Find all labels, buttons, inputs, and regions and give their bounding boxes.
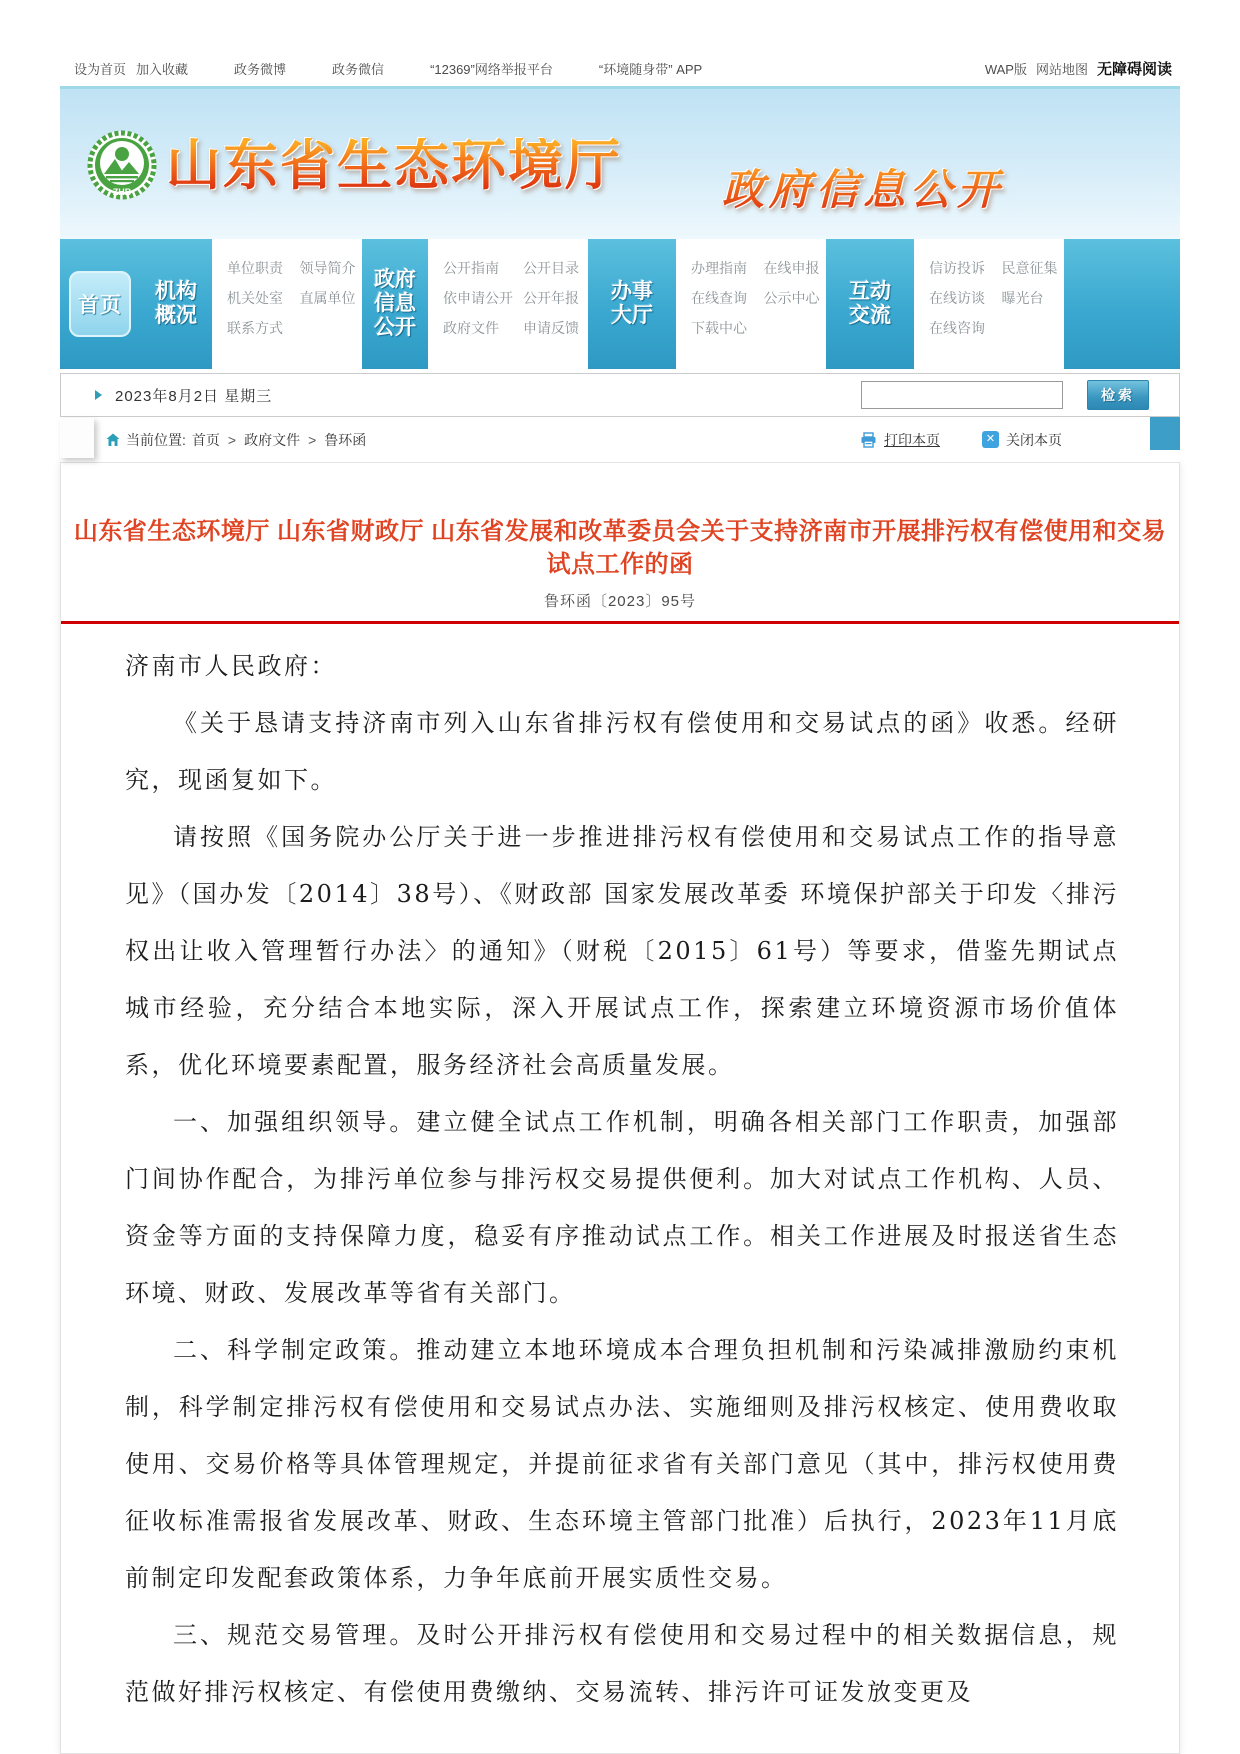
breadcrumb: 当前位置: 首页 > 政府文件 > 鲁环函 (106, 430, 366, 450)
decorative-tile (60, 418, 94, 458)
paragraph: 《关于恳请支持济南市列入山东省排污权有偿使用和交易试点的函》收悉。经研究，现函复… (125, 695, 1119, 809)
gov-weibo-link[interactable]: 政务微博 (234, 59, 286, 78)
nav-link-petition[interactable]: 信访投诉 (929, 253, 992, 283)
nav-group-info-disclosure-label: 政府信息公开 (372, 268, 417, 340)
search-input[interactable] (861, 381, 1063, 409)
print-page-label: 打印本页 (884, 430, 940, 450)
gov-wechat-link[interactable]: 政务微信 (332, 59, 384, 78)
paragraph: 一、加强组织领导。建立健全试点工作机制，明确各相关部门工作职责，加强部门间协作配… (125, 1094, 1119, 1322)
banner-title: 政府信息公开 (722, 157, 1004, 217)
nav-home-tile: 首页 (60, 239, 140, 369)
breadcrumb-bar: 当前位置: 首页 > 政府文件 > 鲁环函 打印本页 (60, 417, 1180, 462)
set-home-link[interactable]: 设为首页 (74, 59, 126, 78)
breadcrumb-separator: > (228, 432, 236, 448)
nav-group-interaction-label: 互动交流 (847, 280, 892, 328)
nav-link-service-guide[interactable]: 办理指南 (691, 253, 754, 283)
nav-panel-interaction: 信访投诉 在线访谈 在线咨询 民意征集 曝光台 (914, 239, 1064, 369)
paragraph-salutation: 济南市人民政府： (125, 638, 1119, 695)
nav-group-service-hall-label: 办事大厅 (609, 280, 654, 328)
content-wrapper: 设为首页 加入收藏 政务微博 政务微信 “12369”网络举报平台 “环境随身带… (60, 50, 1180, 1754)
nav-group-info-disclosure[interactable]: 政府信息公开 (362, 239, 428, 369)
nav-column: 单位职责 机关处室 联系方式 (227, 253, 290, 369)
topbar-left-links: 设为首页 加入收藏 政务微博 政务微信 “12369”网络举报平台 “环境随身带… (74, 59, 702, 78)
nav-link-download-center[interactable]: 下载中心 (691, 313, 754, 343)
nav-link-duties[interactable]: 单位职责 (227, 253, 290, 283)
nav-link-exposure[interactable]: 曝光台 (1002, 283, 1065, 313)
site-header: ZHB 山东省生态环境厅 政府信息公开 (60, 89, 1180, 239)
brand: ZHB 山东省生态环境厅 (60, 89, 1180, 201)
nav-column: 公开目录 公开年报 申请反馈 (523, 253, 588, 369)
wap-version-link[interactable]: WAP版 (985, 59, 1027, 78)
nav-column: 领导简介 直属单位 (300, 253, 363, 369)
nav-column: 信访投诉 在线访谈 在线咨询 (929, 253, 992, 369)
add-favorite-link[interactable]: 加入收藏 (136, 59, 188, 78)
nav-group-organization[interactable]: 机构概况 (140, 239, 212, 369)
nav-link-departments[interactable]: 机关处室 (227, 283, 290, 313)
nav-link-disclosure-by-request[interactable]: 依申请公开 (443, 283, 513, 313)
top-utility-bar: 设为首页 加入收藏 政务微博 政务微信 “12369”网络举报平台 “环境随身带… (60, 50, 1180, 86)
nav-group-service-hall[interactable]: 办事大厅 (588, 239, 676, 369)
paragraph: 二、科学制定政策。推动建立本地环境成本合理负担机制和污染减排激励约束机制，科学制… (125, 1322, 1119, 1607)
nav-link-online-declaration[interactable]: 在线申报 (764, 253, 827, 283)
printer-icon (860, 432, 877, 448)
breadcrumb-actions: 打印本页 ✕ 关闭本页 (860, 430, 1062, 450)
paragraph: 请按照《国务院办公厅关于进一步推进排污权有偿使用和交易试点工作的指导意见》（国办… (125, 809, 1119, 1094)
close-icon: ✕ (982, 431, 999, 448)
nav-link-leaders[interactable]: 领导简介 (300, 253, 363, 283)
nav-column: 公开指南 依申请公开 政府文件 (443, 253, 513, 369)
blue-corner-tile (1150, 417, 1180, 450)
home-favorite-pair: 设为首页 加入收藏 (74, 59, 188, 78)
document-title-line1: 山东省生态环境厅 山东省财政厅 山东省发展和改革委员会关于支持济南市开展排污权有… (65, 515, 1175, 548)
nav-link-subordinate-units[interactable]: 直属单位 (300, 283, 363, 313)
print-page-button[interactable]: 打印本页 (860, 430, 940, 450)
page: 设为首页 加入收藏 政务微博 政务微信 “12369”网络举报平台 “环境随身带… (0, 0, 1240, 1754)
accessibility-link[interactable]: 无障碍阅读 (1097, 58, 1172, 79)
arrow-right-icon (95, 390, 102, 400)
topbar-right-links: WAP版 网站地图 无障碍阅读 (985, 58, 1172, 79)
breadcrumb-separator: > (308, 432, 316, 448)
nav-panel-service-hall: 办理指南 在线查询 下载中心 在线申报 公示中心 (676, 239, 826, 369)
nav-column: 民意征集 曝光台 (1002, 253, 1065, 369)
breadcrumb-home-link[interactable]: 首页 (192, 430, 220, 450)
home-icon (106, 433, 120, 447)
site-title: 山东省生态环境厅 (166, 138, 622, 193)
date-search-bar: 2023年8月2日 星期三 检索 (60, 373, 1180, 417)
nav-group-interaction[interactable]: 互动交流 (826, 239, 914, 369)
document-title: 山东省生态环境厅 山东省财政厅 山东省发展和改革委员会关于支持济南市开展排污权有… (65, 515, 1175, 581)
breadcrumb-prefix: 当前位置: (126, 430, 186, 450)
site-logo[interactable]: ZHB (86, 129, 158, 201)
nav-home-button[interactable]: 首页 (69, 271, 131, 337)
nav-endcap (1064, 239, 1180, 369)
nav-link-disclosure-catalog[interactable]: 公开目录 (523, 253, 588, 283)
nav-group-organization-label: 机构概况 (153, 280, 198, 328)
nav-panel-info-disclosure: 公开指南 依申请公开 政府文件 公开目录 公开年报 申请反馈 (428, 239, 588, 369)
search-button[interactable]: 检索 (1087, 380, 1149, 410)
nav-link-gov-documents[interactable]: 政府文件 (443, 313, 513, 343)
breadcrumb-current: 鲁环函 (324, 430, 366, 450)
nav-link-annual-report[interactable]: 公开年报 (523, 283, 588, 313)
nav-link-online-interview[interactable]: 在线访谈 (929, 283, 992, 313)
nav-link-online-query[interactable]: 在线查询 (691, 283, 754, 313)
mobile-app-link[interactable]: “环境随身带” APP (599, 59, 702, 78)
paragraph: 三、规范交易管理。及时公开排污权有偿使用和交易过程中的相关数据信息，规范做好排污… (125, 1607, 1119, 1721)
nav-panel-organization: 单位职责 机关处室 联系方式 领导简介 直属单位 (212, 239, 362, 369)
nav-link-contact[interactable]: 联系方式 (227, 313, 290, 343)
current-date-text: 2023年8月2日 星期三 (115, 385, 272, 406)
close-page-label: 关闭本页 (1006, 430, 1062, 450)
nav-link-disclosure-guide[interactable]: 公开指南 (443, 253, 513, 283)
nav-link-public-opinion[interactable]: 民意征集 (1002, 253, 1065, 283)
document-number: 鲁环函〔2023〕95号 (61, 590, 1179, 611)
nav-column: 在线申报 公示中心 (764, 253, 827, 369)
sitemap-link[interactable]: 网站地图 (1036, 59, 1088, 78)
document-panel: 山东省生态环境厅 山东省财政厅 山东省发展和改革委员会关于支持济南市开展排污权有… (60, 462, 1180, 1754)
logo-abbr-text: ZHB (113, 187, 132, 197)
close-page-button[interactable]: ✕ 关闭本页 (982, 430, 1062, 450)
nav-link-online-consultation[interactable]: 在线咨询 (929, 313, 992, 343)
nav-column: 办理指南 在线查询 下载中心 (691, 253, 754, 369)
nav-link-publicity-center[interactable]: 公示中心 (764, 283, 827, 313)
breadcrumb-section-link[interactable]: 政府文件 (244, 430, 300, 450)
document-title-line2: 试点工作的函 (65, 548, 1175, 581)
document-body: 济南市人民政府： 《关于恳请支持济南市列入山东省排污权有偿使用和交易试点的函》收… (61, 624, 1179, 1721)
nav-link-request-feedback[interactable]: 申请反馈 (523, 313, 588, 343)
main-nav: 首页 机构概况 单位职责 机关处室 联系方式 领导简介 直属单位 政府信息公开 (60, 239, 1180, 369)
report-platform-link[interactable]: “12369”网络举报平台 (430, 59, 553, 78)
